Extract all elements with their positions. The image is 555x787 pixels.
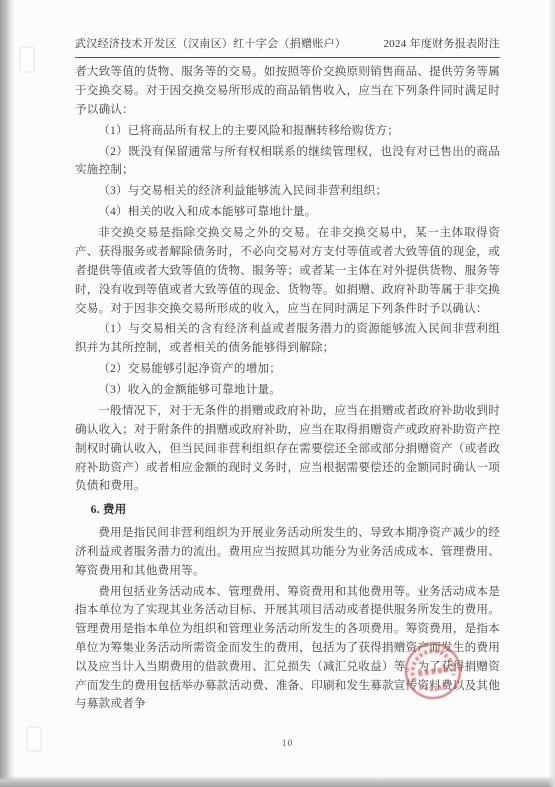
paragraph: 者大致等值的货物、服务等的交易。如按照等价交换原则销售商品、提供劳务等属于交换交… [75, 63, 500, 119]
list-item: （1）与交易相关的含有经济利益或者服务潜力的资源能够流入民间非营利组织并为其所控… [75, 320, 500, 358]
page-number: 10 [75, 739, 500, 749]
page-header: 武汉经济技术开发区（汉南区）红十字会（捐赠账户） 2024 年度财务报表附注 [75, 35, 500, 58]
red-seal-stamp-icon [399, 637, 467, 705]
paragraph: 费用是指民间非营利组织为开展业务活动所发生的、导致本期净资产减少的经济利益或者服… [75, 524, 500, 580]
header-right-title: 2024 年度财务报表附注 [383, 35, 500, 51]
header-left-title: 武汉经济技术开发区（汉南区）红十字会（捐赠账户） [75, 35, 346, 51]
scan-edge-left [0, 0, 15, 787]
list-item: （2）交易能够引起净资产的增加； [75, 360, 500, 379]
list-item: （3）收入的金额能够可靠地计量。 [75, 381, 500, 400]
list-item: （3）与交易相关的经济利益能够流入民间非营利组织； [75, 182, 500, 201]
section-heading: 6. 费用 [75, 501, 500, 520]
document-body: 者大致等值的货物、服务等的交易。如按照等价交换原则销售商品、提供劳务等属于交换交… [75, 63, 500, 716]
paper-artifact [19, 46, 35, 73]
paper-artifact [26, 726, 42, 752]
list-item: （4）相关的收入和成本能够可靠地计量。 [75, 203, 500, 222]
document-page: 武汉经济技术开发区（汉南区）红十字会（捐赠账户） 2024 年度财务报表附注 者… [0, 0, 555, 787]
paragraph: 非交换交易是指除交换交易之外的交易。在非交换交易中，某一主体取得资产、获得服务或… [75, 224, 500, 318]
scan-edge-bottom [0, 776, 555, 787]
list-item: （2）既没有保留通常与所有权相联系的继续管理权，也没有对已售出的商品实施控制； [75, 143, 500, 181]
list-item: （1）已将商品所有权上的主要风险和报酬转移给购货方； [75, 122, 500, 141]
scan-edge-right [548, 0, 555, 787]
paragraph: 一般情况下，对于无条件的捐赠或政府补助，应当在捐赠或者政府补助收到时确认收入；对… [75, 402, 500, 496]
